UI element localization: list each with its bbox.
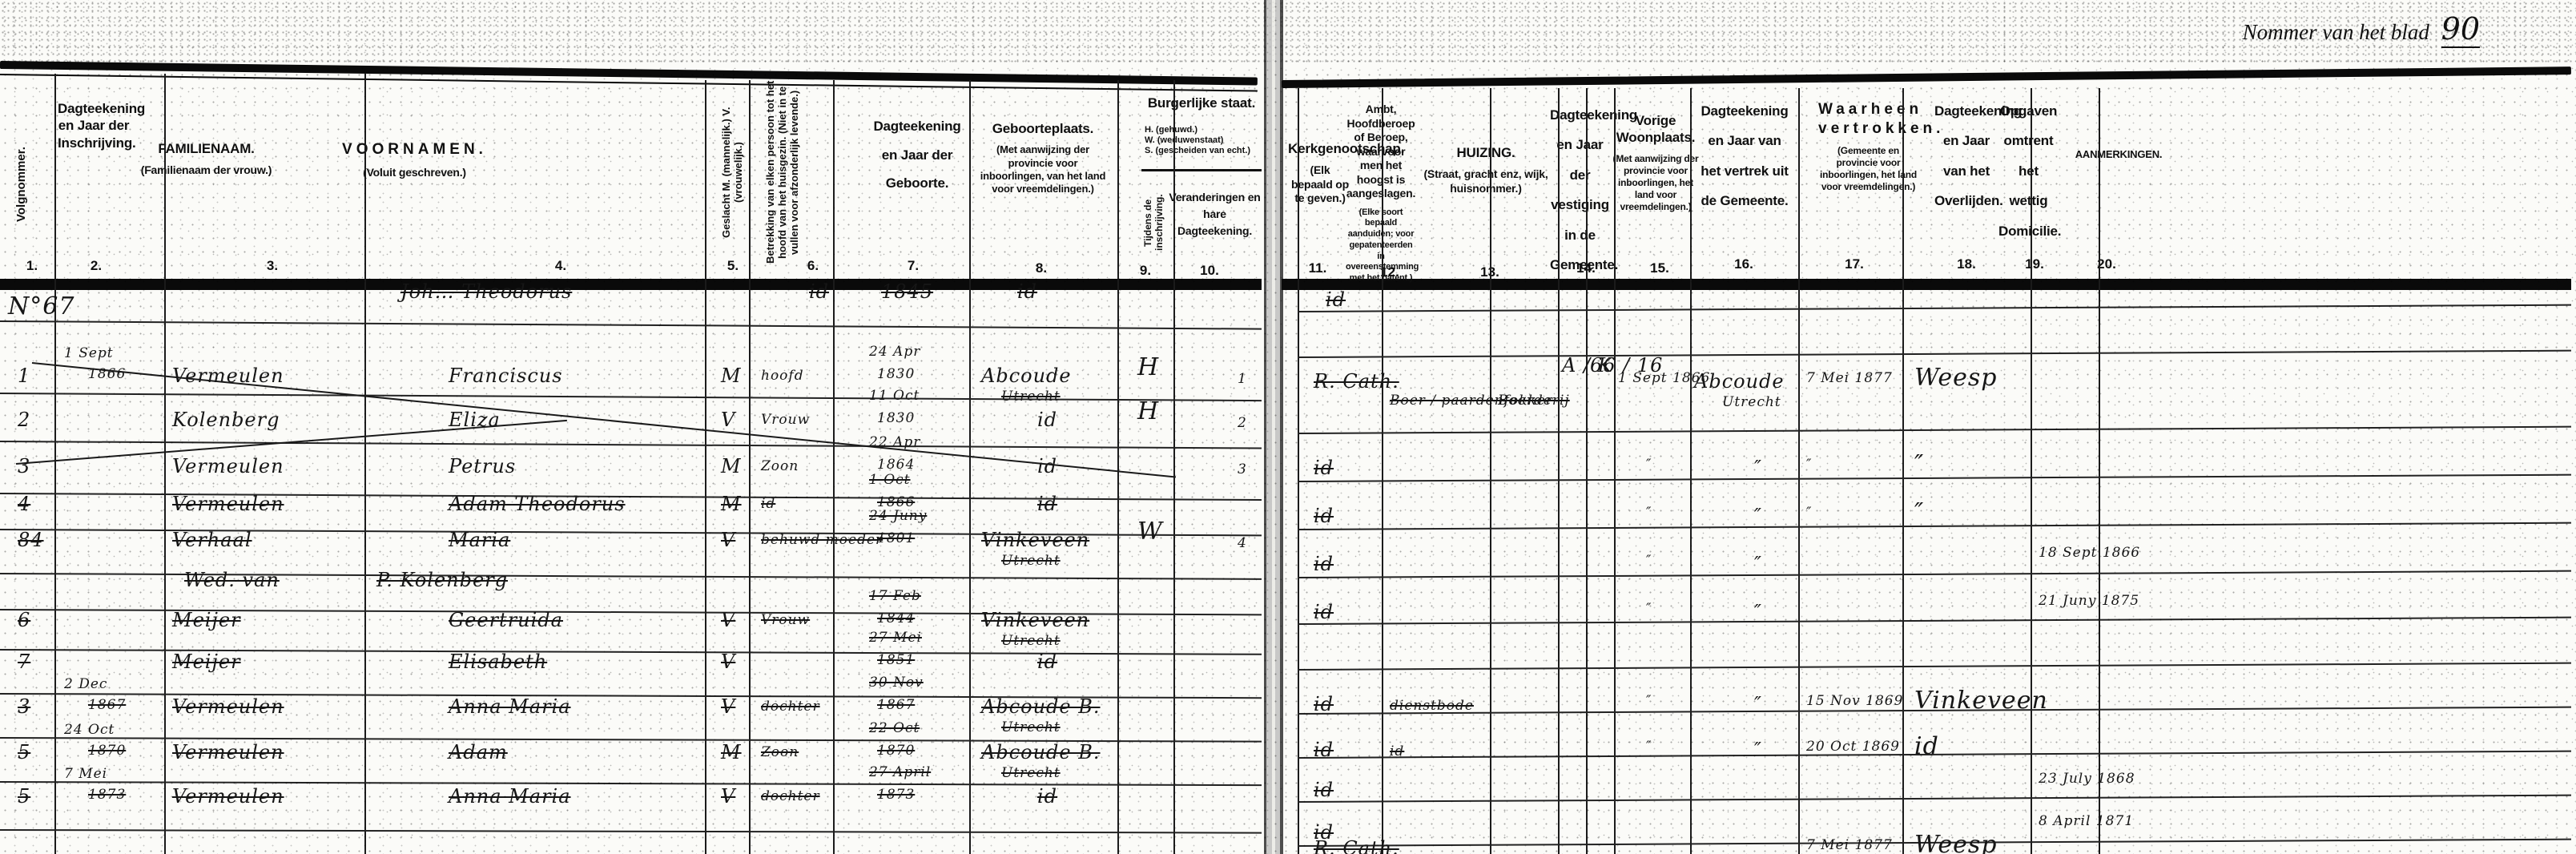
row-birth-date: 27 Mei bbox=[869, 630, 922, 646]
col-2-number: 2. bbox=[80, 258, 112, 274]
col-9-number: 9. bbox=[1129, 263, 1161, 279]
row-church: R. Cath. bbox=[1314, 370, 1399, 393]
row-surname: Vermeulen bbox=[172, 785, 284, 808]
row-departure-date: 15 Nov 1869 bbox=[1806, 693, 1903, 709]
row-surname: Meijer bbox=[172, 651, 241, 673]
row-street: Boerderij bbox=[1498, 393, 1570, 409]
row-volgnummer: 7 bbox=[18, 651, 30, 673]
left-col-divider bbox=[364, 74, 366, 854]
row-sex: V bbox=[721, 695, 735, 718]
legend-w: W. (weduwenstaat) bbox=[1145, 135, 1250, 146]
right-row-line bbox=[1298, 617, 2571, 625]
col-18-number: 18. bbox=[1950, 256, 1982, 272]
row-birthplace: Abcoude B. bbox=[981, 695, 1101, 718]
row-birthplace: id bbox=[1037, 785, 1057, 808]
row-previous-place: ″ bbox=[1754, 553, 1762, 575]
right-row-line bbox=[1298, 304, 2571, 312]
right-col-divider bbox=[1902, 88, 1904, 854]
row-departure-destination: id bbox=[1914, 732, 1939, 760]
row-surname: Wed. van bbox=[184, 569, 280, 591]
col-13-header: HUIZING. (Straat, gracht enz, wijk, huis… bbox=[1422, 144, 1550, 195]
col-7-number: 7. bbox=[897, 258, 929, 274]
sheet-number: Nommer van het blad 90 bbox=[2243, 11, 2480, 46]
row-church: id bbox=[1314, 601, 1334, 623]
row-birth-year: 1851 bbox=[877, 652, 915, 668]
row-death-date: 18 Sept 1866 bbox=[2039, 545, 2140, 561]
col-18-header: Dagteekening en Jaar van het Overlijden. bbox=[1934, 96, 1998, 216]
row-given-names: Maria bbox=[449, 529, 510, 551]
book-gutter bbox=[1264, 0, 1283, 854]
row-sex: M bbox=[721, 741, 742, 763]
row-departure-destination: ″ bbox=[1914, 450, 1924, 478]
col-4-subtitle: (Voluit geschreven.) bbox=[284, 166, 545, 180]
col-12-header: Ambt, Hoofdberoep of Beroep, waarvoor me… bbox=[1346, 103, 1416, 284]
row-volgnummer: 84 bbox=[18, 529, 44, 551]
row-relation: Zoon bbox=[761, 458, 799, 474]
row-relation: Vrouw bbox=[761, 412, 810, 428]
col-4-number: 4. bbox=[545, 258, 577, 274]
col-3-header: FAMILIENAAM. (Familienaam der vrouw.) bbox=[132, 140, 280, 178]
row-relation: dochter bbox=[761, 699, 820, 715]
row-line-number: 4 bbox=[1238, 535, 1247, 551]
col-2-header: Dagteekening en Jaar der Inschrijving. bbox=[58, 100, 130, 151]
left-col-divider bbox=[1117, 80, 1119, 854]
row-departure-date: 7 Mei 1877 bbox=[1806, 370, 1893, 386]
row-church: R. Cath. bbox=[1314, 837, 1399, 854]
row-birth-year: 1870 bbox=[877, 743, 915, 759]
row-birthplace: Vinkeveen bbox=[981, 529, 1089, 551]
col-4-header: VOORNAMEN. (Voluit geschreven.) bbox=[284, 140, 545, 179]
header-bottom-rule bbox=[0, 279, 1262, 290]
row-given-names: Adam bbox=[449, 741, 508, 763]
row-birth-date: 17 Feb bbox=[869, 588, 921, 604]
row-birth-year: 1867 bbox=[877, 697, 915, 713]
right-col-divider bbox=[1490, 88, 1491, 854]
row-birth-date: 22 Oct bbox=[869, 720, 920, 736]
row-church: id bbox=[1314, 553, 1334, 575]
row-volgnummer: 5 bbox=[18, 785, 30, 808]
row-surname: Verhaal bbox=[172, 529, 252, 551]
row-registration-year: 1870 bbox=[88, 743, 126, 759]
row-given-names: Adam Theodorus bbox=[449, 493, 626, 515]
row-registration-date: 24 Oct bbox=[64, 722, 115, 738]
col-13-subtitle: (Straat, gracht enz, wijk, huisnommer.) bbox=[1422, 167, 1550, 195]
col-8-header: Geboorteplaats. (Met aanwijzing der prov… bbox=[979, 120, 1107, 195]
row-birth-year: 1873 bbox=[877, 787, 915, 803]
row-registration-year: 1873 bbox=[88, 787, 126, 803]
row-birthplace: Abcoude B. bbox=[981, 741, 1101, 763]
row-sex: V bbox=[721, 651, 735, 673]
row-sex: V bbox=[721, 609, 735, 631]
col-17-title: Waarheen vertrokken. bbox=[1818, 101, 1944, 137]
right-row-line bbox=[1298, 663, 2571, 671]
row-birthplace-province: Utrecht bbox=[1001, 553, 1061, 569]
col-20-number: 20. bbox=[2091, 256, 2123, 272]
row-volgnummer: 3 bbox=[18, 455, 30, 477]
burgerlijke-staat-title: Burgerlijke staat. bbox=[1141, 95, 1262, 111]
col-1-number: 1. bbox=[16, 258, 48, 274]
row-sex: M bbox=[721, 455, 742, 477]
row-previous-place: ″ bbox=[1754, 505, 1762, 527]
row-civil-status: W bbox=[1137, 518, 1163, 546]
prior-row-birth: 1845 bbox=[881, 280, 933, 303]
row-settled-date: ″ bbox=[1646, 505, 1652, 521]
row-birth-date: 27 April bbox=[869, 764, 931, 780]
row-civil-status: H bbox=[1137, 353, 1159, 381]
right-row-line bbox=[1298, 474, 2571, 482]
row-given-names: P. Kolenberg bbox=[376, 569, 508, 591]
row-registration-date: 2 Dec bbox=[64, 676, 107, 692]
row-church: id bbox=[1314, 457, 1334, 479]
row-relation: Vrouw bbox=[761, 612, 810, 628]
row-line-number: 2 bbox=[1238, 415, 1247, 431]
right-col-divider bbox=[1614, 88, 1616, 854]
row-given-names: Petrus bbox=[449, 455, 516, 477]
row-relation: hoofd bbox=[761, 368, 804, 384]
col-15-number: 15. bbox=[1644, 260, 1676, 276]
col-8-title: Geboorteplaats. bbox=[992, 121, 1093, 136]
household-number: N°67 bbox=[8, 292, 74, 320]
row-previous-place: ″ bbox=[1754, 693, 1762, 715]
row-birthplace: id bbox=[1037, 409, 1057, 431]
prior-row-given: Joh… Theodorus bbox=[400, 280, 572, 303]
row-departure-destination: ″ bbox=[1914, 498, 1924, 526]
left-row-line bbox=[0, 320, 1262, 330]
col-15-title: Vorige Woonplaats. bbox=[1616, 113, 1696, 145]
row-settled-date: ″ bbox=[1646, 457, 1652, 473]
row-death-date: 23 July 1868 bbox=[2039, 771, 2135, 787]
right-row-line bbox=[1298, 570, 2571, 578]
left-col-divider bbox=[833, 80, 835, 854]
row-given-names: Anna Maria bbox=[449, 785, 571, 808]
row-surname: Vermeulen bbox=[172, 741, 284, 763]
row-surname: Vermeulen bbox=[172, 455, 284, 477]
row-birthplace: id bbox=[1037, 455, 1057, 477]
row-given-names: Geertruida bbox=[449, 609, 563, 631]
row-birth-date: 22 Apr bbox=[869, 434, 920, 450]
row-birthplace: id bbox=[1037, 651, 1057, 673]
row-volgnummer: 1 bbox=[18, 365, 30, 387]
row-birthplace-province: Utrecht bbox=[1001, 765, 1061, 781]
row-birthplace-province: Utrecht bbox=[1001, 719, 1061, 735]
row-birthplace: Abcoude bbox=[981, 365, 1072, 387]
col-20-header: AANMERKINGEN. bbox=[2063, 148, 2175, 161]
row-birth-date: 24 Juny bbox=[869, 508, 927, 524]
left-page: Volgnommer. Dagteekening en Jaar der Ins… bbox=[0, 0, 1266, 854]
row-relation: behuwd moeder bbox=[761, 532, 883, 548]
right-page: Nommer van het blad 90 Kerkgenootschap. … bbox=[1282, 0, 2576, 854]
row-birth-date: 11 Oct bbox=[869, 388, 920, 404]
prior-row-relation: id bbox=[809, 280, 829, 303]
left-row-line bbox=[0, 829, 1262, 834]
col-19-number: 19. bbox=[2019, 256, 2051, 272]
row-sex: M bbox=[721, 493, 742, 515]
col-5-number: 5. bbox=[717, 258, 749, 274]
row-volgnummer: 4 bbox=[18, 493, 30, 515]
row-settled-date: ″ bbox=[1646, 693, 1652, 709]
row-surname: Vermeulen bbox=[172, 365, 284, 387]
col-13-title: HUIZING. bbox=[1456, 145, 1515, 160]
row-birthplace: Vinkeveen bbox=[981, 609, 1089, 631]
row-given-names: Eliza bbox=[449, 409, 501, 431]
left-col-divider bbox=[749, 80, 751, 854]
col-8-subtitle: (Met aanwijzing der provincie voor inboo… bbox=[979, 143, 1107, 195]
row-departure-date: 20 Oct 1869 bbox=[1806, 739, 1900, 755]
col-12-title: Ambt, Hoofdberoep of Beroep, waarvoor me… bbox=[1346, 103, 1415, 199]
row-settled-date: ″ bbox=[1646, 601, 1652, 617]
top-border-rule bbox=[1282, 66, 2571, 88]
row-church: id bbox=[1314, 739, 1334, 761]
right-col-divider bbox=[1558, 88, 1560, 854]
row-departure-destination: Vinkeveen bbox=[1914, 687, 2048, 715]
row-registration-year: 1866 bbox=[88, 366, 126, 382]
row-birth-year: 1864 bbox=[877, 457, 915, 473]
row-birth-date: 24 Apr bbox=[869, 344, 920, 360]
right-col-divider bbox=[1690, 88, 1692, 854]
row-birth-date: 1 Oct bbox=[869, 472, 911, 488]
row-volgnummer: 2 bbox=[18, 409, 30, 431]
right-col-divider bbox=[1298, 88, 1299, 854]
row-previous-place: ″ bbox=[1754, 457, 1762, 479]
left-col-divider bbox=[969, 80, 971, 854]
burgerlijke-staat-legend: H. (gehuwd.) W. (weduwenstaat) S. (gesch… bbox=[1145, 125, 1250, 157]
right-col-divider bbox=[1798, 88, 1800, 854]
row-birth-year: 1844 bbox=[877, 610, 915, 626]
row-line-number: 3 bbox=[1238, 461, 1247, 477]
burgerlijke-staat-header: Burgerlijke staat. H. (gehuwd.) W. (wedu… bbox=[1141, 95, 1262, 275]
row-relation: id bbox=[761, 496, 775, 512]
col-3-number: 3. bbox=[256, 258, 288, 274]
col-3-subtitle: (Familienaam der vrouw.) bbox=[132, 163, 280, 178]
col-7-header: Dagteekening en Jaar der Geboorte. bbox=[865, 112, 969, 198]
row-birthplace: id bbox=[1037, 493, 1057, 515]
row-occupation: id bbox=[1390, 743, 1404, 759]
col-3-title: FAMILIENAAM. bbox=[158, 141, 254, 156]
row-sex: M bbox=[721, 365, 742, 387]
row-line-number: 1 bbox=[1238, 371, 1247, 387]
col-15-subtitle: (Met aanwijzing der provincie voor inboo… bbox=[1612, 153, 1700, 213]
left-col-divider bbox=[1173, 80, 1175, 854]
row-birth-year: 1830 bbox=[877, 410, 915, 426]
row-civil-status: H bbox=[1137, 397, 1159, 425]
right-col-divider bbox=[1586, 88, 1588, 854]
row-departure-date: ″ bbox=[1806, 457, 1812, 473]
row-birth-year: 1801 bbox=[877, 530, 915, 546]
row-sex: V bbox=[721, 785, 735, 808]
sheet-number-value: 90 bbox=[2441, 11, 2480, 48]
col-6-number: 6. bbox=[797, 258, 829, 274]
row-birth-year: 1830 bbox=[877, 366, 915, 382]
legend-s: S. (gescheiden van echt.) bbox=[1145, 146, 1250, 156]
row-surname: Meijer bbox=[172, 609, 241, 631]
row-death-date: 21 Juny 1875 bbox=[2039, 593, 2139, 609]
left-col-divider bbox=[705, 80, 706, 854]
row-settled-date: ″ bbox=[1646, 553, 1652, 569]
right-col-divider bbox=[2099, 88, 2100, 854]
row-settled-date: ″ bbox=[1646, 739, 1652, 755]
col-10-number: 10. bbox=[1193, 263, 1226, 279]
col-8-number: 8. bbox=[1025, 260, 1057, 276]
left-row-line bbox=[0, 393, 1262, 401]
sheet-number-label: Nommer van het blad bbox=[2243, 20, 2429, 44]
prior-row-place: id bbox=[1017, 280, 1037, 303]
row-church: id bbox=[1314, 693, 1334, 715]
right-row-line bbox=[1298, 426, 2571, 434]
row-given-names: Franciscus bbox=[449, 365, 563, 387]
row-volgnummer: 5 bbox=[18, 741, 30, 763]
row-previous-place: ″ bbox=[1754, 739, 1762, 761]
row-registration-year: 1867 bbox=[88, 697, 126, 713]
row-given-names: Elisabeth bbox=[449, 651, 547, 673]
col-15-header: Vorige Woonplaats. (Met aanwijzing der p… bbox=[1612, 112, 1700, 213]
right-col-divider bbox=[1382, 88, 1383, 854]
prior-row-church: id bbox=[1326, 288, 1346, 311]
row-previous-province: Utrecht bbox=[1722, 394, 1781, 410]
row-previous-place: ″ bbox=[1754, 601, 1762, 623]
col-11-number: 11. bbox=[1302, 260, 1334, 276]
row-surname: Kolenberg bbox=[172, 409, 280, 431]
col-16-number: 16. bbox=[1728, 256, 1760, 272]
row-registration-date: 1 Sept bbox=[64, 345, 114, 361]
row-surname: Vermeulen bbox=[172, 695, 284, 718]
row-departure-date: 7 Mei 1877 bbox=[1806, 837, 1893, 853]
col-16-header: Dagteekening en Jaar van het vertrek uit… bbox=[1697, 96, 1793, 216]
col-17-number: 17. bbox=[1838, 256, 1870, 272]
row-registration-date: 7 Mei bbox=[64, 766, 107, 782]
row-birthplace-province: Utrecht bbox=[1001, 389, 1061, 405]
right-col-divider bbox=[2031, 88, 2032, 854]
row-given-names: Anna Maria bbox=[449, 695, 571, 718]
row-departure-destination: Weesp bbox=[1914, 364, 1998, 392]
row-surname: Vermeulen bbox=[172, 493, 284, 515]
col-12-number: 12. bbox=[1374, 264, 1406, 280]
left-row-line bbox=[0, 441, 1262, 449]
right-row-line bbox=[1298, 350, 2571, 358]
row-occupation: dienstbode bbox=[1390, 698, 1474, 714]
row-sex: V bbox=[721, 409, 735, 431]
row-volgnummer: 3 bbox=[18, 695, 30, 718]
right-row-line bbox=[1298, 795, 2571, 803]
burgerlijke-staat-divider bbox=[1141, 169, 1262, 171]
row-relation: dochter bbox=[761, 788, 820, 804]
col-1-header: Volgnommer. bbox=[14, 112, 46, 256]
row-birthplace-province: Utrecht bbox=[1001, 633, 1061, 649]
row-death-date: 8 April 1871 bbox=[2039, 813, 2134, 829]
legend-h: H. (gehuwd.) bbox=[1145, 125, 1250, 135]
row-previous-place: Abcoude bbox=[1694, 370, 1785, 393]
col-9-header: Tijdens de inschrijving. bbox=[1143, 179, 1167, 267]
header-bottom-rule bbox=[1282, 279, 2571, 290]
row-sex: V bbox=[721, 529, 735, 551]
col-6-header: Betrekking van elken persoon tot het hoo… bbox=[765, 80, 827, 264]
row-departure-destination: Weesp bbox=[1914, 831, 1998, 854]
row-birth-date: 30 Nov bbox=[869, 675, 924, 691]
right-row-line bbox=[1298, 522, 2571, 530]
col-10-header: Veranderingen en hare Dagteekening. bbox=[1169, 189, 1261, 240]
row-relation: Zoon bbox=[761, 744, 799, 760]
row-volgnummer: 6 bbox=[18, 609, 30, 631]
col-19-header: Opgaven omtrent het wettig Domicilie. bbox=[1998, 96, 2059, 246]
row-church: id bbox=[1314, 779, 1334, 801]
row-church: id bbox=[1314, 505, 1334, 527]
row-departure-date: ″ bbox=[1806, 505, 1812, 521]
